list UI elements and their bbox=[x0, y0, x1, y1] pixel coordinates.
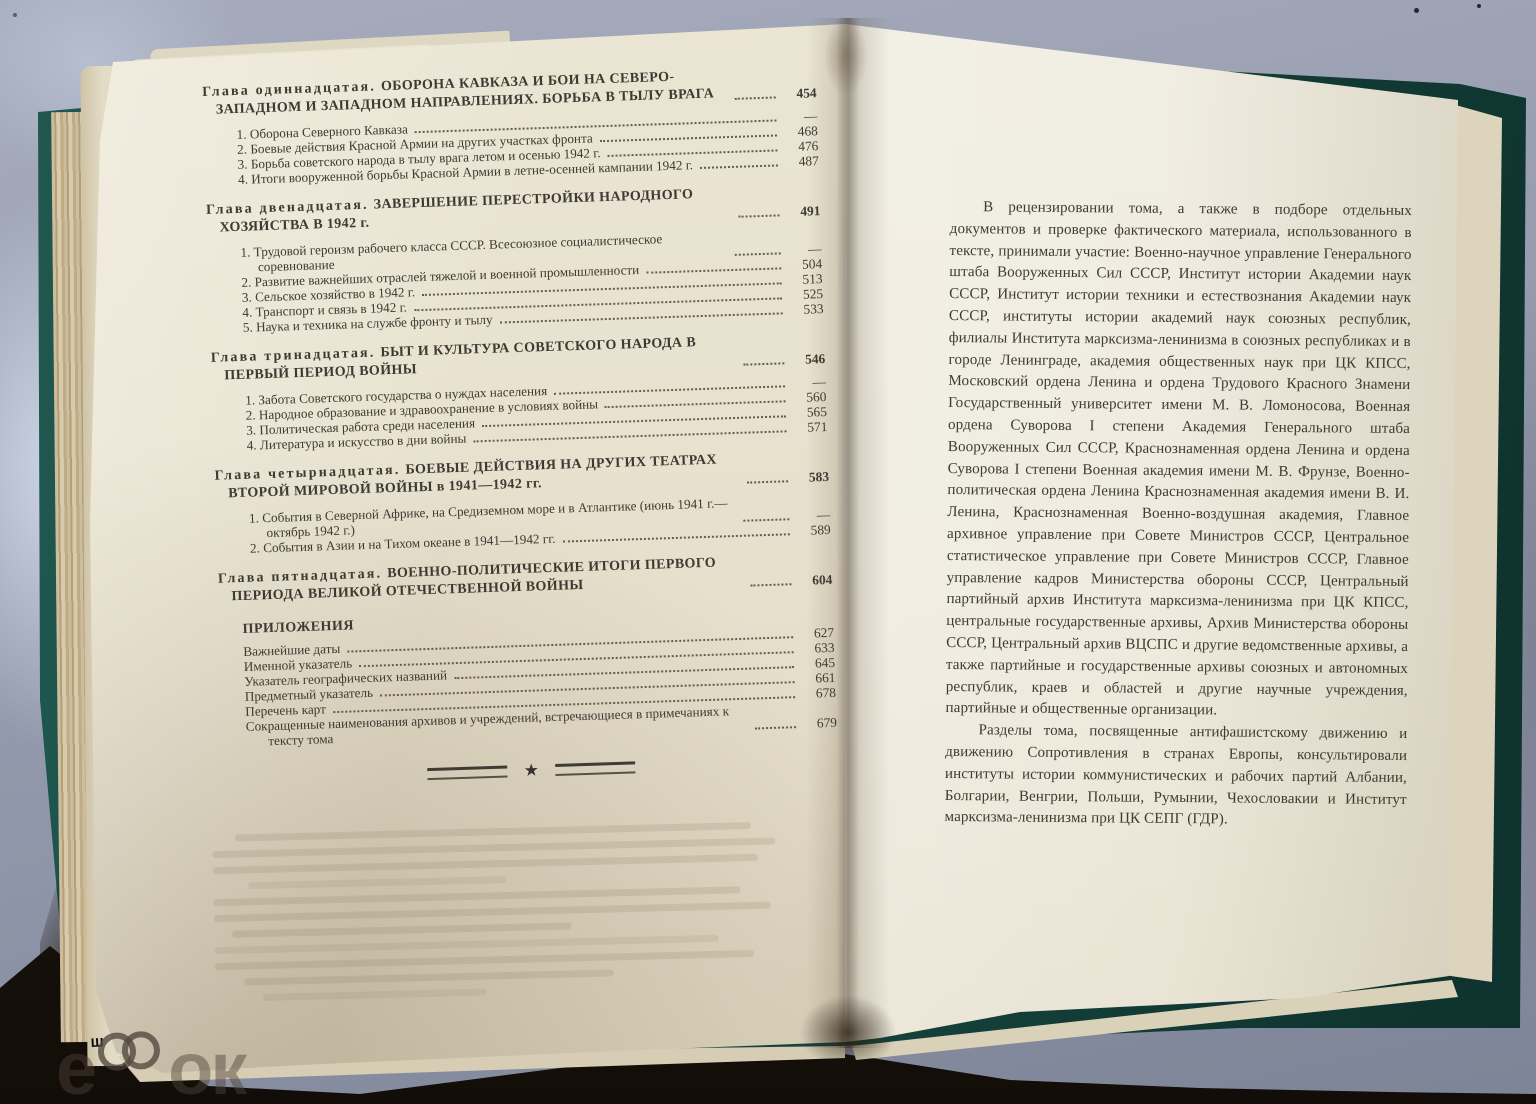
divider-bar bbox=[555, 761, 635, 776]
toc-chapter-15: Глава пятнадцатая.ВОЕННО-ПОЛИТИЧЕСКИЕ ИТ… bbox=[218, 551, 833, 607]
toc-item-number: 2. bbox=[245, 407, 255, 422]
toc-item-number: 1. bbox=[249, 510, 259, 525]
page-number: — bbox=[788, 374, 826, 390]
chapter-label: Глава одиннадцатая. bbox=[202, 79, 376, 100]
chapter-title: Глава пятнадцатая.ВОЕННО-ПОЛИТИЧЕСКИЕ ИТ… bbox=[218, 554, 744, 607]
chapter-label: Глава четырнадцатая. bbox=[214, 463, 400, 484]
page-number: 627 bbox=[796, 625, 834, 641]
page-number: 476 bbox=[780, 138, 818, 154]
page-number: 678 bbox=[798, 685, 836, 701]
show-through-text bbox=[212, 821, 802, 1011]
toc-item-number: 2. bbox=[241, 275, 251, 290]
chapter-label: Глава двенадцатая. bbox=[206, 198, 369, 218]
dot-leader bbox=[743, 362, 784, 365]
page-number: 504 bbox=[784, 256, 822, 272]
watermark-bag-icon: ш bbox=[90, 1030, 170, 1104]
paragraph-reviewers: В рецензировании тома, а также в подборе… bbox=[945, 197, 1412, 724]
toc-chapter-11: Глава одиннадцатая.ОБОРОНА КАВКАЗА И БОИ… bbox=[202, 64, 819, 188]
page-number: 645 bbox=[797, 655, 835, 671]
toc-item-number: 3. bbox=[246, 422, 256, 437]
toc-item-number: 2. bbox=[237, 142, 247, 157]
page-number: 454 bbox=[778, 85, 816, 101]
wall-speck bbox=[1477, 4, 1481, 8]
chapter-title: Глава тринадцатая.БЫТ И КУЛЬТУРА СОВЕТСК… bbox=[211, 333, 737, 386]
toc-item-number: 4. bbox=[238, 172, 248, 187]
toc-item-number: 1. bbox=[245, 392, 255, 407]
toc-chapter-heading: Глава пятнадцатая.ВОЕННО-ПОЛИТИЧЕСКИЕ ИТ… bbox=[218, 551, 833, 607]
page-number: 604 bbox=[794, 572, 832, 588]
toc-item-number: 4. bbox=[242, 304, 252, 319]
toc-item-number: 3. bbox=[242, 290, 252, 305]
page-number: 679 bbox=[799, 715, 837, 731]
bag-body bbox=[91, 1050, 170, 1104]
star-icon: ★ bbox=[523, 763, 539, 777]
book-photo: Глава одиннадцатая.ОБОРОНА КАВКАЗА И БОИ… bbox=[0, 0, 1536, 1104]
dot-leader bbox=[562, 533, 789, 542]
dot-leader bbox=[750, 583, 791, 586]
toc-item-number: 5. bbox=[243, 319, 253, 334]
dot-leader bbox=[473, 430, 786, 442]
watermark-letters-ok: ок bbox=[168, 1036, 244, 1102]
page-number: 525 bbox=[785, 286, 823, 302]
chapter-title: Глава четырнадцатая.БОЕВЫЕ ДЕЙСТВИЯ НА Д… bbox=[214, 451, 740, 504]
page-number: 533 bbox=[785, 301, 823, 317]
dot-leader bbox=[500, 312, 783, 323]
wall-speck bbox=[13, 13, 17, 17]
chapter-label: Глава пятнадцатая. bbox=[218, 566, 383, 586]
toc-item-number: 3. bbox=[237, 157, 247, 172]
divider-bar bbox=[428, 765, 508, 780]
table-of-contents: Глава одиннадцатая.ОБОРОНА КАВКАЗА И БОИ… bbox=[202, 64, 838, 787]
dot-leader bbox=[735, 96, 776, 99]
page-number: 560 bbox=[788, 389, 826, 405]
dot-leader bbox=[743, 518, 789, 521]
toc-item-number: 2. bbox=[250, 540, 260, 555]
dot-leader bbox=[735, 252, 781, 255]
chapter-title: Глава двенадцатая.ЗАВЕРШЕНИЕ ПЕРЕСТРОЙКИ… bbox=[206, 185, 732, 238]
meshok-watermark: е ш ок bbox=[56, 1016, 244, 1102]
toc-item-number: 1. bbox=[236, 127, 246, 142]
page-number: — bbox=[779, 108, 817, 124]
page-number: 565 bbox=[789, 404, 827, 420]
toc-item-number: 4. bbox=[246, 437, 256, 452]
watermark-letter-e: е bbox=[56, 1036, 94, 1102]
right-page-text: В рецензировании тома, а также в подборе… bbox=[944, 197, 1411, 833]
page-number: — bbox=[792, 507, 830, 523]
toc-chapter-14: Глава четырнадцатая.БОЕВЫЕ ДЕЙСТВИЯ НА Д… bbox=[214, 448, 831, 557]
dot-leader bbox=[755, 726, 796, 729]
page-number: 589 bbox=[792, 522, 830, 538]
page-number: 491 bbox=[782, 203, 820, 219]
toc-item-number: 1. bbox=[240, 245, 250, 260]
toc-chapter-13: Глава тринадцатая.БЫТ И КУЛЬТУРА СОВЕТСК… bbox=[211, 330, 828, 454]
page-number: 583 bbox=[791, 469, 829, 485]
page-number: 633 bbox=[796, 640, 834, 656]
dot-leader bbox=[747, 480, 788, 483]
gutter-bottom-shadow bbox=[800, 995, 896, 1070]
wall-speck bbox=[1414, 8, 1419, 13]
dot-leader bbox=[739, 214, 780, 217]
gutter-top-shadow bbox=[824, 16, 868, 96]
page-number: 468 bbox=[780, 123, 818, 139]
page-number: 487 bbox=[781, 153, 819, 169]
paragraph-consultants: Разделы тома, посвященные антифашистском… bbox=[944, 720, 1407, 833]
chapter-label: Глава тринадцатая. bbox=[211, 346, 376, 366]
page-number: 661 bbox=[797, 670, 835, 686]
toc-chapter-12: Глава двенадцатая.ЗАВЕРШЕНИЕ ПЕРЕСТРОЙКИ… bbox=[206, 182, 824, 336]
dot-leader bbox=[700, 164, 778, 169]
page-number: 571 bbox=[789, 419, 827, 435]
page-number: 513 bbox=[784, 271, 822, 287]
page-number: — bbox=[783, 241, 821, 257]
page-number: 546 bbox=[787, 351, 825, 367]
